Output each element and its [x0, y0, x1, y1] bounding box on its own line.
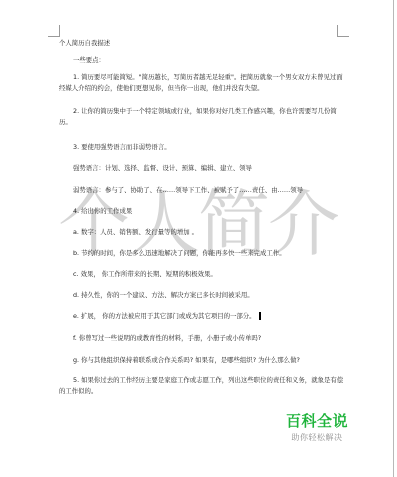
paragraph-4: 4. 给出你的工作成果 — [73, 206, 132, 215]
paragraph-strong-words: 强势语言：计划、选择、监督、设计、预算、编辑、建立、领导 — [73, 163, 252, 172]
document-title: 个人简历自我描述 — [59, 38, 110, 47]
paragraph-4g: g. 你与其他组织保持着联系或合作关系吗? 如果有，是哪些组织? 为什么那么做? — [73, 355, 300, 364]
paragraph-1: 1. 简历要尽可能简短。"简历越长，写简历者越无足轻重"。把简历就象一个男女双方… — [59, 72, 349, 94]
page-right-edge — [393, 0, 394, 477]
paragraph-intro: 一些要点： — [73, 55, 105, 64]
text-cursor — [259, 312, 261, 320]
paragraph-4c: c. 效果， 你工作所带来的长期、短期的积极效果。 — [73, 269, 217, 278]
brand-title: 百科全说 — [286, 410, 348, 431]
paragraph-2: 2. 让你的简历集中于一个特定领域或行业，如果你对好几类工作感兴趣，你也许需要写… — [59, 106, 349, 128]
brand-subtitle: 助你轻松解决 — [286, 432, 348, 443]
paragraph-5: 5. 如果你过去的工作经历主要是家庭工作或志愿工作，列出这些职位的责任和义务，就… — [59, 375, 349, 397]
brand-logo: 百科全说 助你轻松解决 — [286, 410, 348, 443]
crop-mark-top-left — [48, 25, 60, 37]
crop-mark-top-right — [337, 25, 349, 37]
paragraph-4f: f. 你曾写过一些说明的或教育性的材料，手册，小册子或小传单吗? — [73, 333, 261, 342]
paragraph-3: 3. 要使用强势语言而非弱势语言。 — [73, 142, 171, 151]
paragraph-4e: e. 扩展， 你的方法被应用于其它部门或成为其它项目的一部分。 — [73, 312, 256, 320]
paragraph-4e-row: e. 扩展， 你的方法被应用于其它部门或成为其它项目的一部分。 — [73, 311, 261, 320]
paragraph-4a: a. 数字：人员、销售额、发行量等的增加 。 — [73, 227, 198, 236]
paragraph-4b: b. 节约的时间，你是多么迅速地解决了问题，你能再多快一些来完成工作。 — [73, 248, 286, 257]
paragraph-4d: d. 持久性，你的一个建议、方法、解决方案已多长时间被采用。 — [73, 290, 254, 299]
paragraph-weak-words: 弱势语言：参与了、协助了、在……领导下工作、被赋予了……责任、由……领导 — [73, 185, 303, 194]
